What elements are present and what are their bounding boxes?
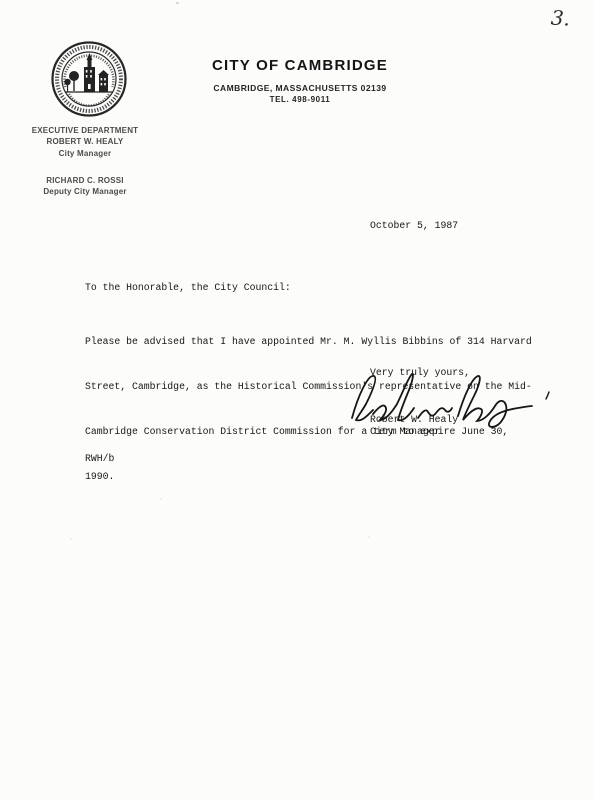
scanned-letter-page: 3. CITY OF CAMBRIDGE CAMBRIDGE, MASSACHU: [0, 0, 593, 800]
letterhead-title: CITY OF CAMBRIDGE: [178, 58, 422, 74]
city-manager-name-line: ROBERT W. HEALY: [20, 136, 150, 147]
letterhead: CITY OF CAMBRIDGE CAMBRIDGE, MASSACHUSET…: [178, 58, 422, 104]
letterhead-address: CAMBRIDGE, MASSACHUSETTS 02139: [178, 83, 422, 93]
typist-reference: RWH/b: [85, 451, 114, 466]
deputy-title-line: Deputy City Manager: [20, 186, 150, 197]
typed-signer-name: Robert W. Healy: [370, 414, 458, 426]
letterhead-phone: TEL. 498-9011: [178, 95, 422, 104]
department-block: EXECUTIVE DEPARTMENT ROBERT W. HEALY Cit…: [20, 125, 150, 197]
scan-speck: [70, 538, 72, 540]
body-line: Please be advised that I have appointed …: [85, 334, 532, 349]
executive-department-line: EXECUTIVE DEPARTMENT: [20, 125, 150, 136]
body-line: 1990.: [85, 469, 532, 484]
city-of-cambridge-seal-icon: [50, 40, 128, 118]
scan-speck: [368, 536, 370, 538]
deputy-name-line: RICHARD C. ROSSI: [20, 175, 150, 186]
city-manager-title-line: City Manager: [20, 148, 150, 159]
typed-signer-title: City Manager: [370, 426, 441, 438]
scan-speck: [176, 2, 179, 4]
deputy-block: RICHARD C. ROSSI Deputy City Manager: [20, 175, 150, 198]
letter-date: October 5, 1987: [370, 218, 458, 233]
scan-speck: [160, 498, 162, 500]
letter-salutation: To the Honorable, the City Council:: [85, 280, 291, 295]
handwritten-page-number: 3.: [550, 5, 571, 30]
